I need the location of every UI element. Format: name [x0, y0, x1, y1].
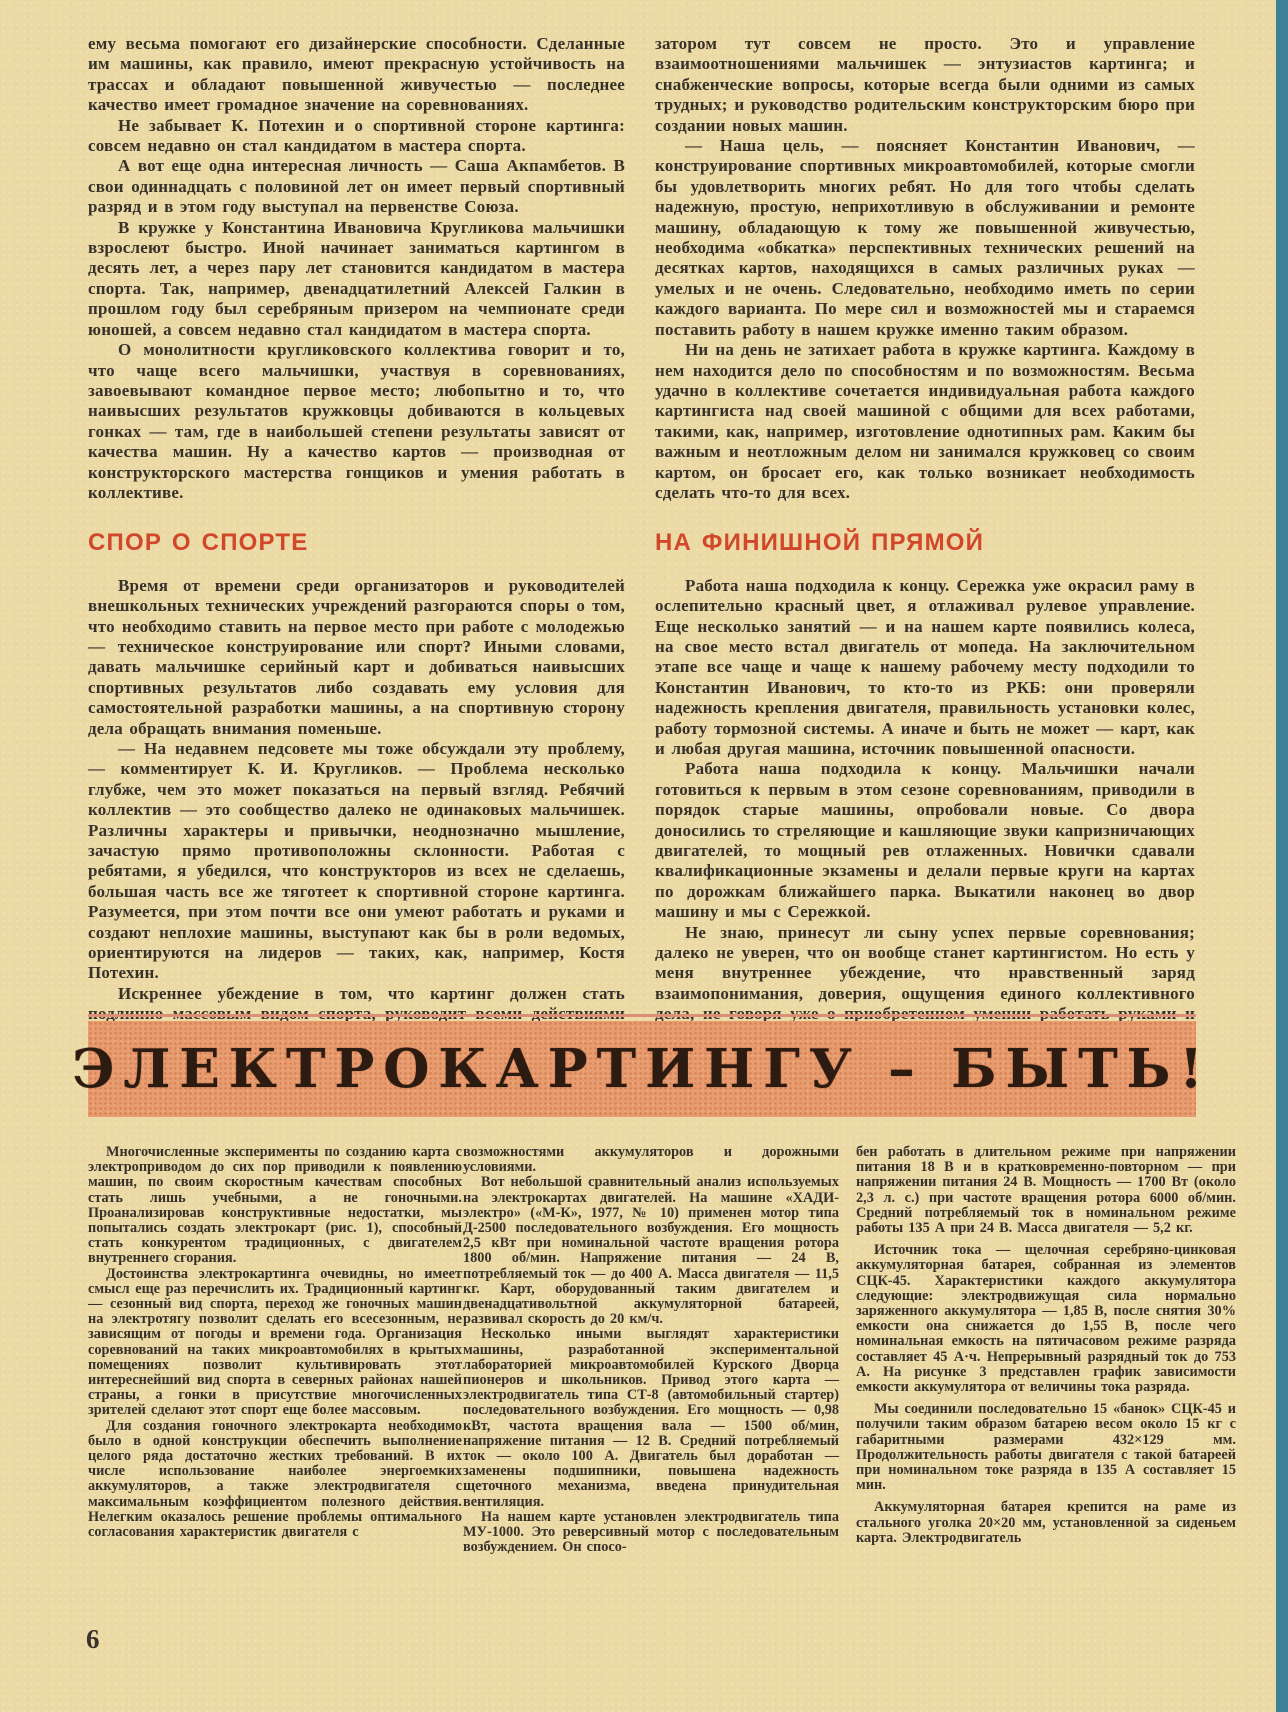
paragraph: Для создания гоночного электрокарта необ…: [88, 1419, 462, 1541]
bottom-column-1: Многочисленные эксперименты по созданию …: [88, 1145, 462, 1540]
top-right-column: затором тут совсем не просто. Это и упра…: [655, 34, 1195, 1098]
bottom-column-3: бен работать в длительном режиме при нап…: [856, 1145, 1236, 1546]
paragraph: Вот небольшой сравнительный анализ испол…: [463, 1175, 839, 1327]
top-left-column: ему весьма помогают его дизайнерские спо…: [88, 34, 625, 1066]
paragraph: — На недавнем педсовете мы тоже обсуждал…: [88, 739, 625, 984]
paragraph: Достоинства электрокартинга очевидны, но…: [88, 1267, 462, 1419]
paragraph: В кружке у Константина Ивановича Круглик…: [88, 218, 625, 340]
magazine-page: ему весьма помогают его дизайнерские спо…: [0, 0, 1288, 1712]
banner-title: ЭЛЕКТРОКАРТИНГУ – БЫТЬ!: [72, 1038, 1211, 1100]
banner: ЭЛЕКТРОКАРТИНГУ – БЫТЬ!: [88, 1021, 1196, 1117]
paragraph: А вот еще одна интересная личность — Саш…: [88, 156, 625, 217]
paragraph: Работа наша подходила к концу. Мальчишки…: [655, 759, 1195, 922]
paragraph: Не забывает К. Потехин и о спортивной ст…: [88, 116, 625, 157]
paragraph: — Наша цель, — поясняет Константин Ивано…: [655, 136, 1195, 340]
paragraph: На нашем карте установлен электродвигате…: [463, 1510, 839, 1556]
paragraph: Работа наша подходила к концу. Сережка у…: [655, 576, 1195, 760]
page-edge-strip: [1276, 0, 1288, 1712]
paragraph: Ни на день не затихает работа в кружке к…: [655, 340, 1195, 503]
paragraph: Аккумуляторная батарея крепится на раме …: [856, 1500, 1236, 1546]
paragraph: Многочисленные эксперименты по созданию …: [88, 1145, 462, 1267]
section-heading-spor-o-sporte: СПОР О СПОРТЕ: [88, 533, 625, 553]
paragraph: О монолитности кругликовского коллектива…: [88, 340, 625, 503]
paragraph: затором тут совсем не просто. Это и упра…: [655, 34, 1195, 136]
paragraph: Мы соединили последовательно 15 «банок» …: [856, 1402, 1236, 1493]
bottom-column-2: возможностями аккумуляторов и дорожными …: [463, 1145, 839, 1555]
paragraph: Несколько иными выглядят характеристики …: [463, 1327, 839, 1509]
section-heading-na-finishnoy-pryamoy: НА ФИНИШНОЙ ПРЯМОЙ: [655, 533, 1195, 553]
paragraph: возможностями аккумуляторов и дорожными …: [463, 1145, 839, 1175]
paragraph: ему весьма помогают его дизайнерские спо…: [88, 34, 625, 116]
page-number: 6: [86, 1624, 100, 1655]
paragraph: Время от времени среди организаторов и р…: [88, 576, 625, 739]
paragraph: Источник тока — щелочная серебряно-цинко…: [856, 1243, 1236, 1395]
paragraph: бен работать в длительном режиме при нап…: [856, 1145, 1236, 1236]
banner-top-rule: [88, 1014, 1196, 1017]
